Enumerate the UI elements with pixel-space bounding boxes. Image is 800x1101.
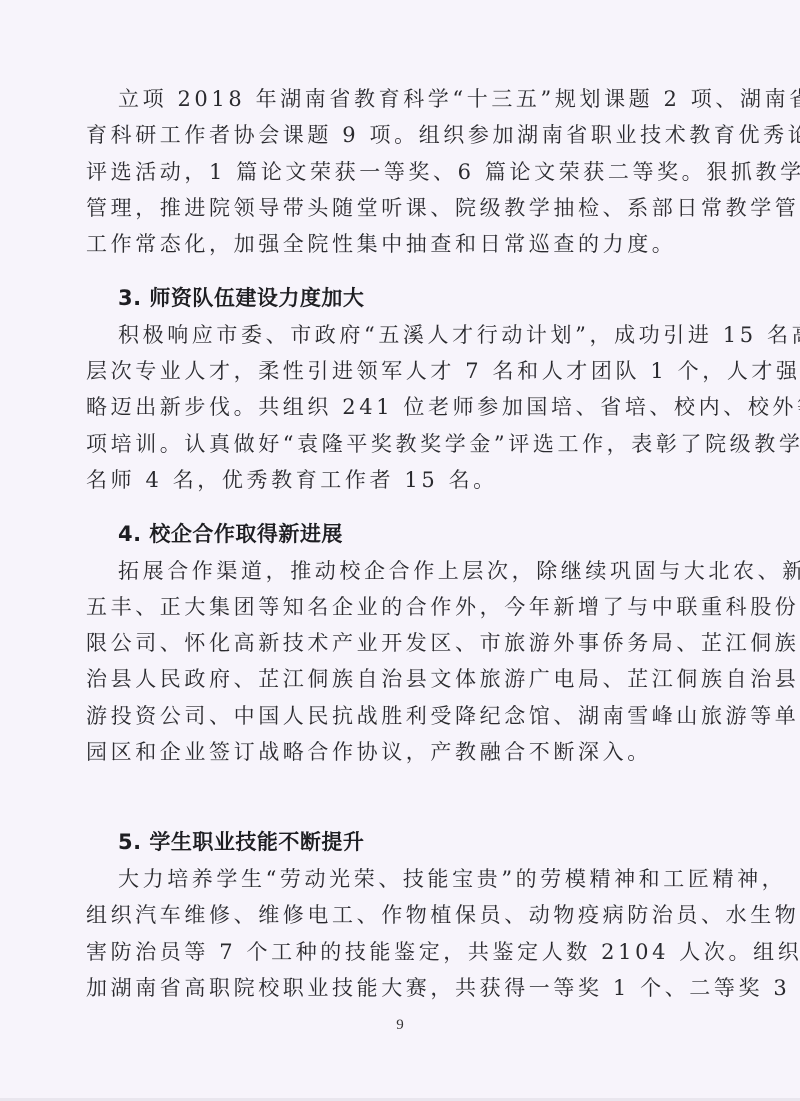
paragraph-line: 限公司、怀化高新技术产业开发区、市旅游外事侨务局、芷江侗族自 <box>86 628 682 658</box>
paragraph-line: 名师 4 名，优秀教育工作者 15 名。 <box>86 465 682 495</box>
paragraph-line: 害防治员等 7 个工种的技能鉴定，共鉴定人数 2104 人次。组织学生参 <box>86 937 682 967</box>
section-heading-4: 4. 校企合作取得新进展 <box>118 519 343 549</box>
paragraph-line: 育科研工作者协会课题 9 项。组织参加湖南省职业技术教育优秀论文 <box>86 120 682 150</box>
page-number: 9 <box>390 1014 410 1036</box>
paragraph-line: 园区和企业签订战略合作协议，产教融合不断深入。 <box>86 737 682 767</box>
paragraph-line: 略迈出新步伐。共组织 241 位老师参加国培、省培、校内、校外等多 <box>86 392 682 422</box>
document-page: 立项 2018 年湖南省教育科学“十三五”规划课题 2 项、湖南省教 育科研工作… <box>0 0 800 1101</box>
paragraph-line: 拓展合作渠道，推动校企合作上层次，除继续巩固与大北农、新 <box>118 556 682 586</box>
paragraph-line: 立项 2018 年湖南省教育科学“十三五”规划课题 2 项、湖南省教 <box>118 84 682 114</box>
paragraph-line: 评选活动，1 篇论文荣获一等奖、6 篇论文荣获二等奖。狠抓教学运行 <box>86 157 682 187</box>
paragraph-line: 五丰、正大集团等知名企业的合作外，今年新增了与中联重科股份有 <box>86 592 682 622</box>
paragraph-line: 加湖南省高职院校职业技能大赛，共获得一等奖 1 个、二等奖 3 个、 <box>86 973 682 1003</box>
section-heading-5: 5. 学生职业技能不断提升 <box>118 827 364 857</box>
paragraph-line: 积极响应市委、市政府“五溪人才行动计划”，成功引进 15 名高 <box>118 320 682 350</box>
paragraph-line: 管理，推进院领导带头随堂听课、院级教学抽检、系部日常教学管理 <box>86 193 682 223</box>
paragraph-line: 组织汽车维修、维修电工、作物植保员、动物疫病防治员、水生物病 <box>86 900 682 930</box>
paragraph-line: 大力培养学生“劳动光荣、技能宝贵”的劳模精神和工匠精神， <box>118 864 682 894</box>
section-heading-3: 3. 师资队伍建设力度加大 <box>118 283 364 313</box>
paragraph-line: 游投资公司、中国人民抗战胜利受降纪念馆、湖南雪峰山旅游等单位、 <box>86 701 682 731</box>
paragraph-line: 治县人民政府、芷江侗族自治县文体旅游广电局、芷江侗族自治县旅 <box>86 664 682 694</box>
paragraph-line: 层次专业人才，柔性引进领军人才 7 名和人才团队 1 个，人才强校战 <box>86 356 682 386</box>
paragraph-line: 工作常态化，加强全院性集中抽查和日常巡查的力度。 <box>86 229 682 259</box>
paragraph-line: 项培训。认真做好“袁隆平奖教奖学金”评选工作，表彰了院级教学 <box>86 429 682 459</box>
